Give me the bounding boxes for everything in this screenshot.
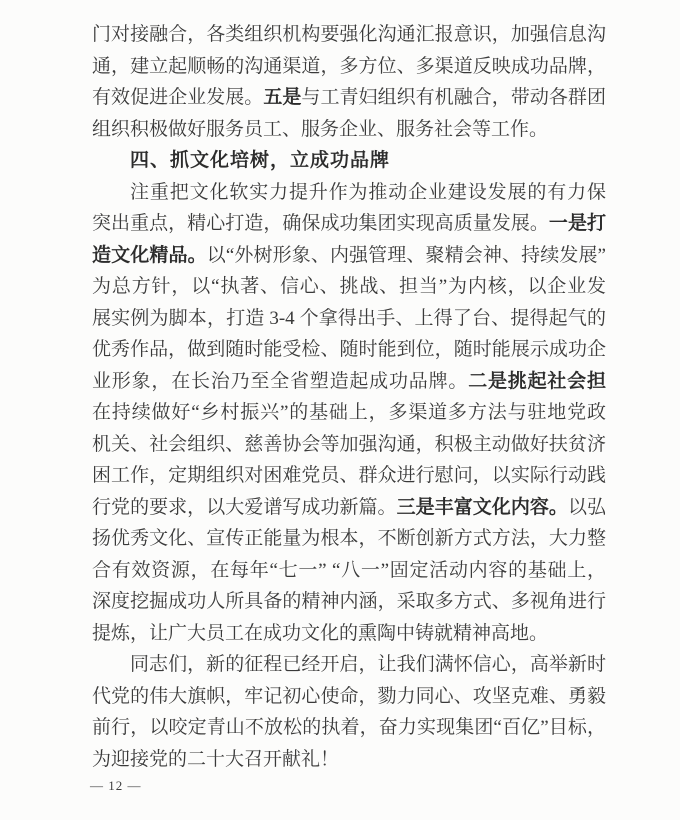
emphasized-text-segment: 五是: [263, 87, 301, 108]
text-segment: 以弘: [568, 497, 606, 518]
text-segment: 同志们，新的征程已经开启，让我们满怀信心，高举新时: [130, 654, 606, 675]
text-line: 为总方针，以“执著、信心、挑战、担当”为内核，以企业发: [92, 271, 606, 303]
text-segment: 机关、社会组织、慈善协会等加强沟通，积极主动做好扶贫济: [92, 434, 606, 455]
text-line: 有效促进企业发展。五是与工青妇组织有机融合，带动各群团: [92, 82, 606, 114]
text-segment: 优秀作品，做到随时能受检、随时能到位，随时能展示成功企: [92, 339, 606, 360]
text-segment: 为迎接党的二十大召开献礼！: [92, 749, 339, 770]
text-line: 组织积极做好服务员工、服务企业、服务社会等工作。: [92, 114, 606, 146]
document-body-text: 门对接融合，各类组织机构要强化沟通汇报意识，加强信息沟通，建立起顺畅的沟通渠道，…: [92, 19, 606, 775]
text-segment: 有效促进企业发展。: [92, 87, 263, 108]
text-line: 行党的要求，以大爱谱写成功新篇。三是丰富文化内容。以弘: [92, 492, 606, 524]
text-segment: 代党的伟大旗帜，牢记初心使命，勠力同心、攻坚克难、勇毅: [92, 686, 606, 707]
text-line: 注重把文化软实力提升作为推动企业建设发展的有力保障，: [92, 177, 606, 209]
text-line: 同志们，新的征程已经开启，让我们满怀信心，高举新时: [92, 649, 606, 681]
text-segment: 注重把文化软实力提升作为推动企业建设发展的有力保障，: [92, 182, 606, 209]
page-number: — 12 —: [90, 778, 142, 794]
emphasized-text-segment: 一是打: [549, 213, 606, 234]
text-segment: 困工作，定期组织对困难党员、群众进行慰问，以实际行动践: [92, 465, 606, 486]
text-line: 提炼，让广大员工在成功文化的熏陶中铸就精神高地。: [92, 618, 606, 650]
text-line: 深度挖掘成功人所具备的精神内涵，采取多方式、多视角进行: [92, 586, 606, 618]
emphasized-text-segment: 造文化精品。: [92, 245, 207, 266]
text-segment: 扬优秀文化、宣传正能量为根本，不断创新方式方法，大力整: [92, 528, 606, 549]
text-line: 前行，以咬定青山不放松的执着，奋力实现集团“百亿”目标，: [92, 712, 606, 744]
text-segment: 与工青妇组织有机融合，带动各群团: [301, 87, 606, 108]
text-line: 突出重点，精心打造，确保成功集团实现高质量发展。一是打: [92, 208, 606, 240]
text-segment: 前行，以咬定青山不放松的执着，奋力实现集团“百亿”目标，: [92, 717, 606, 738]
text-line: 扬优秀文化、宣传正能量为根本，不断创新方式方法，大力整: [92, 523, 606, 555]
text-segment: 在持续做好“乡村振兴”的基础上，多渠道多方法与驻地党政: [92, 402, 606, 423]
text-segment: 通，建立起顺畅的沟通渠道，多方位、多渠道反映成功品牌，: [92, 56, 606, 77]
text-line: 在持续做好“乡村振兴”的基础上，多渠道多方法与驻地党政: [92, 397, 606, 429]
text-line: 代党的伟大旗帜，牢记初心使命，勠力同心、攻坚克难、勇毅: [92, 681, 606, 713]
text-line: 展实例为脚本，打造 3-4 个拿得出手、上得了台、提得起气的: [92, 303, 606, 335]
text-line: 困工作，定期组织对困难党员、群众进行慰问，以实际行动践: [92, 460, 606, 492]
text-line: 为迎接党的二十大召开献礼！: [92, 744, 606, 776]
section-heading: 四、抓文化培树，立成功品牌: [92, 145, 606, 177]
text-line: 门对接融合，各类组织机构要强化沟通汇报意识，加强信息沟: [92, 19, 606, 51]
text-segment: 以“外树形象、内强管理、聚精会神、持续发展”: [207, 245, 606, 266]
text-line: 机关、社会组织、慈善协会等加强沟通，积极主动做好扶贫济: [92, 429, 606, 461]
text-line: 合有效资源，在每年“七一” “八一”固定活动内容的基础上，: [92, 555, 606, 587]
text-segment: 展实例为脚本，打造 3-4 个拿得出手、上得了台、提得起气的: [92, 308, 606, 329]
text-segment: 提炼，让广大员工在成功文化的熏陶中铸就精神高地。: [92, 623, 548, 644]
text-segment: 为总方针，以“执著、信心、挑战、担当”为内核，以企业发: [92, 276, 606, 297]
emphasized-text-segment: 三是丰富文化内容。: [397, 497, 568, 518]
text-segment: 门对接融合，各类组织机构要强化沟通汇报意识，加强信息沟: [92, 24, 606, 45]
document-page: 门对接融合，各类组织机构要强化沟通汇报意识，加强信息沟通，建立起顺畅的沟通渠道，…: [0, 0, 680, 820]
text-segment: 深度挖掘成功人所具备的精神内涵，采取多方式、多视角进行: [92, 591, 606, 612]
text-segment: 合有效资源，在每年“七一” “八一”固定活动内容的基础上，: [92, 560, 606, 581]
text-segment: 组织积极做好服务员工、服务企业、服务社会等工作。: [92, 119, 548, 140]
text-segment: 业形象，在长治乃至全省塑造起成功品牌。: [92, 371, 468, 392]
text-line: 业形象，在长治乃至全省塑造起成功品牌。二是挑起社会担当。: [92, 366, 606, 398]
text-segment: 行党的要求，以大爱谱写成功新篇。: [92, 497, 397, 518]
text-line: 优秀作品，做到随时能受检、随时能到位，随时能展示成功企: [92, 334, 606, 366]
text-line: 通，建立起顺畅的沟通渠道，多方位、多渠道反映成功品牌，: [92, 51, 606, 83]
text-segment: 突出重点，精心打造，确保成功集团实现高质量发展。: [92, 213, 549, 234]
text-line: 造文化精品。以“外树形象、内强管理、聚精会神、持续发展”: [92, 240, 606, 272]
emphasized-text-segment: 四、抓文化培树，立成功品牌: [130, 150, 390, 171]
